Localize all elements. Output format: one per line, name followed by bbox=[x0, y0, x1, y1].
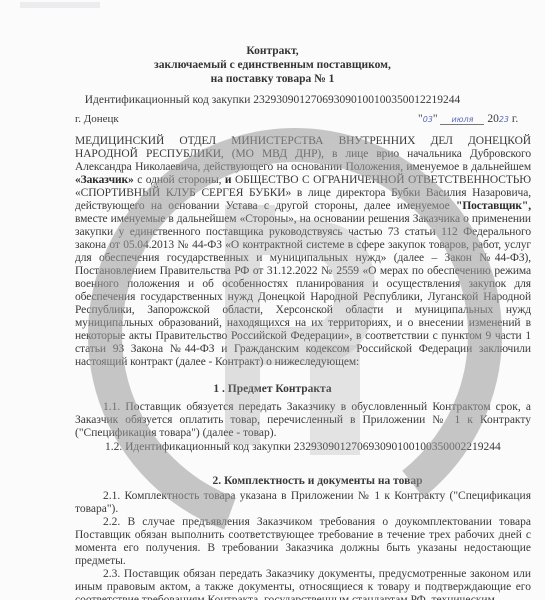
contract-title: Контракт, bbox=[0, 45, 545, 58]
bleed-through-mark bbox=[20, 2, 100, 8]
clause-2-1: 2.1. Комплектность товара указана в Прил… bbox=[75, 490, 531, 516]
section-title-2: 2. Комплектность и документы на товар bbox=[45, 475, 545, 487]
date-quote-close: " bbox=[433, 113, 438, 125]
contract-subject: на поставку товара № 1 bbox=[0, 73, 545, 86]
city: г. Донецк bbox=[75, 113, 119, 125]
date-year-suffix: 23 bbox=[499, 115, 509, 124]
preamble-paragraph: МЕДИЦИНСКИЙ ОТДЕЛ МИНИСТЕРСТВА ВНУТРЕННИ… bbox=[75, 135, 531, 369]
clause-2-3: 2.3. Поставщик обязан передать Заказчику… bbox=[75, 568, 531, 600]
identification-code: Идентификационный код закупки 2329309012… bbox=[0, 94, 545, 106]
date-suffix: г. bbox=[512, 113, 518, 125]
document-page: Контракт, заключаемый с единственным пос… bbox=[0, 0, 545, 600]
contract-subtitle: заключаемый с единственным поставщиком, bbox=[0, 59, 545, 72]
clause-1-2: 1.2. Идентификационный код закупки 23293… bbox=[105, 441, 525, 454]
supplier-term: "Поставщик", bbox=[456, 200, 531, 212]
date-year-prefix: 20 bbox=[487, 113, 499, 125]
clause-2-2: 2.2. В случае предъявления Заказчиком тр… bbox=[75, 516, 531, 568]
preamble-text-1: МЕДИЦИНСКИЙ ОТДЕЛ МИНИСТЕРСТВА ВНУТРЕННИ… bbox=[75, 135, 531, 173]
clause-1-1: 1.1. Поставщик обязуется передать Заказч… bbox=[75, 401, 531, 440]
customer-term: «Заказчик» bbox=[75, 174, 134, 186]
preamble-text-2: с одной стороны, bbox=[134, 174, 225, 186]
date-day: 03 bbox=[423, 115, 433, 124]
preamble-text-4: вместе именуемые в дальнейшем «Стороны»,… bbox=[75, 213, 531, 368]
date-month: июля bbox=[440, 115, 484, 125]
section-title-1: 1 . Предмет Контракта bbox=[0, 383, 545, 395]
contract-date: "03" июля 2023 г. bbox=[418, 113, 518, 125]
